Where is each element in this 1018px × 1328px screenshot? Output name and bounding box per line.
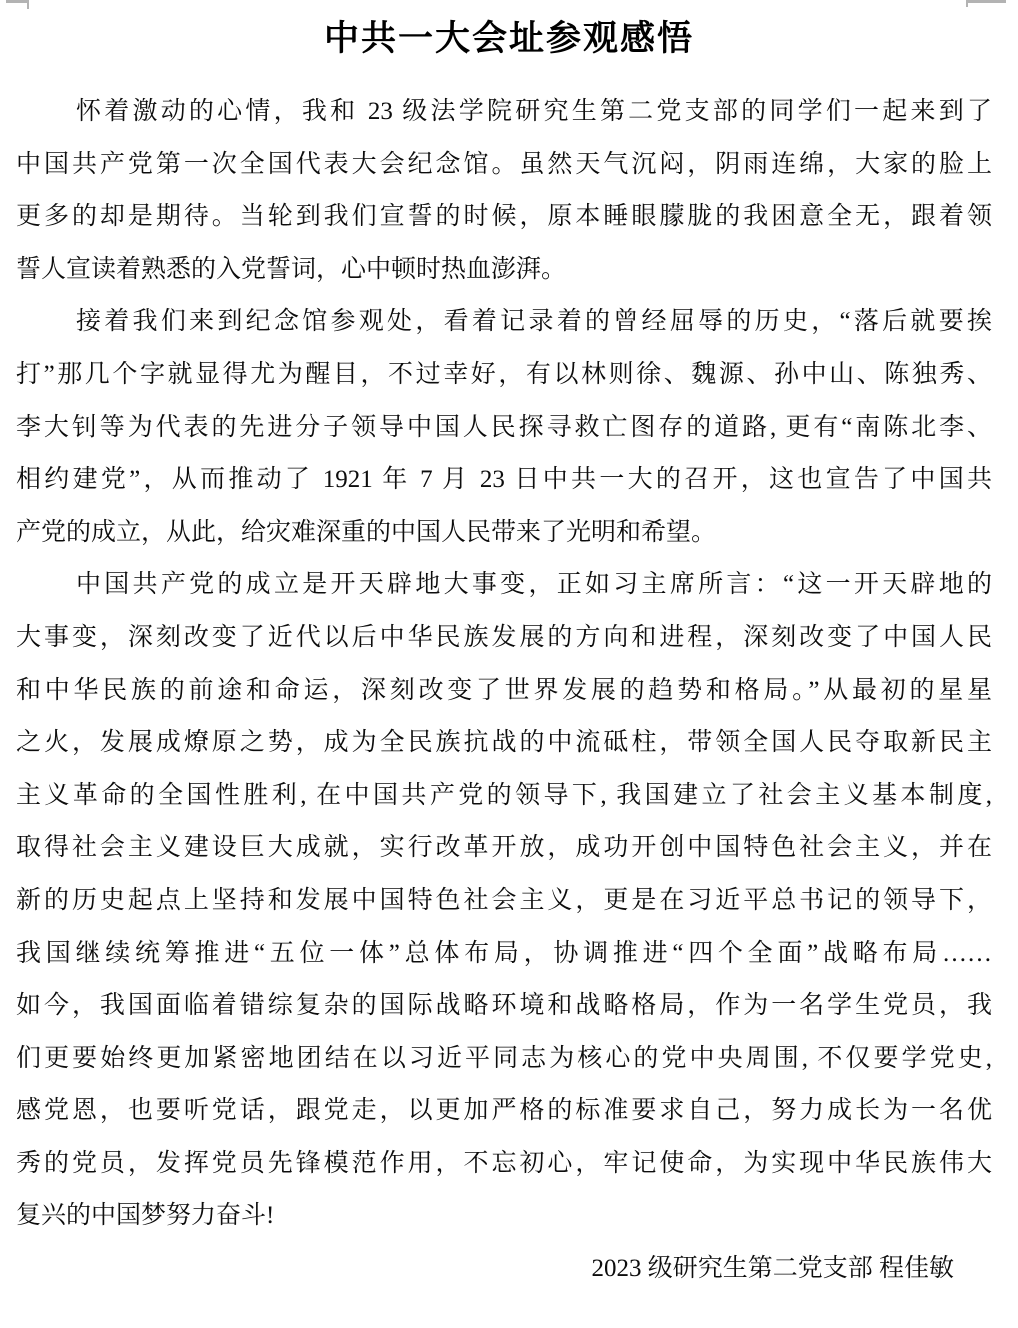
text-line: 之火，发展成燎原之势，成为全民族抗战的中流砥柱，带领全国人民夺取新民主 [16, 717, 992, 770]
text-line: 相约建党”，从而推动了 1921 年 7 月 23 日中共一大的召开，这也宣告了… [16, 454, 992, 507]
text-line: 誓人宣读着熟悉的入党誓词，心中顿时热血澎湃。 [16, 244, 992, 297]
text-line: 我国继续统筹推进“五位一体”总体布局，协调推进“四个全面”战略布局…… [16, 928, 992, 981]
text-line: 秀的党员，发挥党员先锋模范作用，不忘初心，牢记使命，为实现中华民族伟大 [16, 1138, 992, 1191]
document-page: 中共一大会址参观感悟 怀着激动的心情，我和 23 级法学院研究生第二党支部的同学… [0, 0, 1018, 1328]
text-line: 和中华民族的前途和命运，深刻改变了世界发展的趋势和格局。”从最初的星星 [16, 665, 992, 718]
text-line: 新的历史起点上坚持和发展中国特色社会主义，更是在习近平总书记的领导下， [16, 875, 992, 928]
text-line: 复兴的中国梦努力奋斗! [16, 1190, 992, 1243]
signature-line: 2023 级研究生第二党支部 程佳敏 [0, 1243, 954, 1296]
text-line: 李大钊等为代表的先进分子领导中国人民探寻救亡图存的道路, 更有“南陈北李、 [16, 402, 992, 455]
text-line: 如今，我国面临着错综复杂的国际战略环境和战略格局，作为一名学生党员，我 [16, 980, 992, 1033]
scan-artifact-top-right [966, 0, 1006, 3]
document-title: 中共一大会址参观感悟 [0, 14, 1018, 64]
text-line: 取得社会主义建设巨大成就，实行改革开放，成功开创中国特色社会主义，并在 [16, 822, 992, 875]
scan-artifact-top-right-tick [966, 0, 968, 7]
text-line: 中国共产党第一次全国代表大会纪念馆。虽然天气沉闷，阴雨连绵，大家的脸上 [16, 139, 992, 192]
scan-artifact-top-left [6, 0, 29, 3]
text-line: 打”那几个字就显得尤为醒目，不过幸好，有以林则徐、魏源、孙中山、陈独秀、 [16, 349, 992, 402]
document-body: 怀着激动的心情，我和 23 级法学院研究生第二党支部的同学们一起来到了中国共产党… [16, 86, 992, 1243]
text-line: 大事变，深刻改变了近代以后中华民族发展的方向和进程，深刻改变了中国人民 [16, 612, 992, 665]
text-line: 怀着激动的心情，我和 23 级法学院研究生第二党支部的同学们一起来到了 [16, 86, 992, 139]
text-line: 中国共产党的成立是开天辟地大事变，正如习主席所言：“这一开天辟地的 [16, 559, 992, 612]
scan-artifact-top-left-tick [27, 0, 29, 9]
text-line: 更多的却是期待。当轮到我们宣誓的时候，原本睡眼朦胧的我困意全无，跟着领 [16, 191, 992, 244]
text-line: 接着我们来到纪念馆参观处，看着记录着的曾经屈辱的历史，“落后就要挨 [16, 296, 992, 349]
text-line: 感党恩，也要听党话，跟党走，以更加严格的标准要求自己，努力成长为一名优 [16, 1085, 992, 1138]
text-line: 们更要始终更加紧密地团结在以习近平同志为核心的党中央周围, 不仅要学党史, [16, 1033, 992, 1086]
text-line: 产党的成立，从此，给灾难深重的中国人民带来了光明和希望。 [16, 507, 992, 560]
text-line: 主义革命的全国性胜利, 在中国共产党的领导下, 我国建立了社会主义基本制度, [16, 770, 992, 823]
